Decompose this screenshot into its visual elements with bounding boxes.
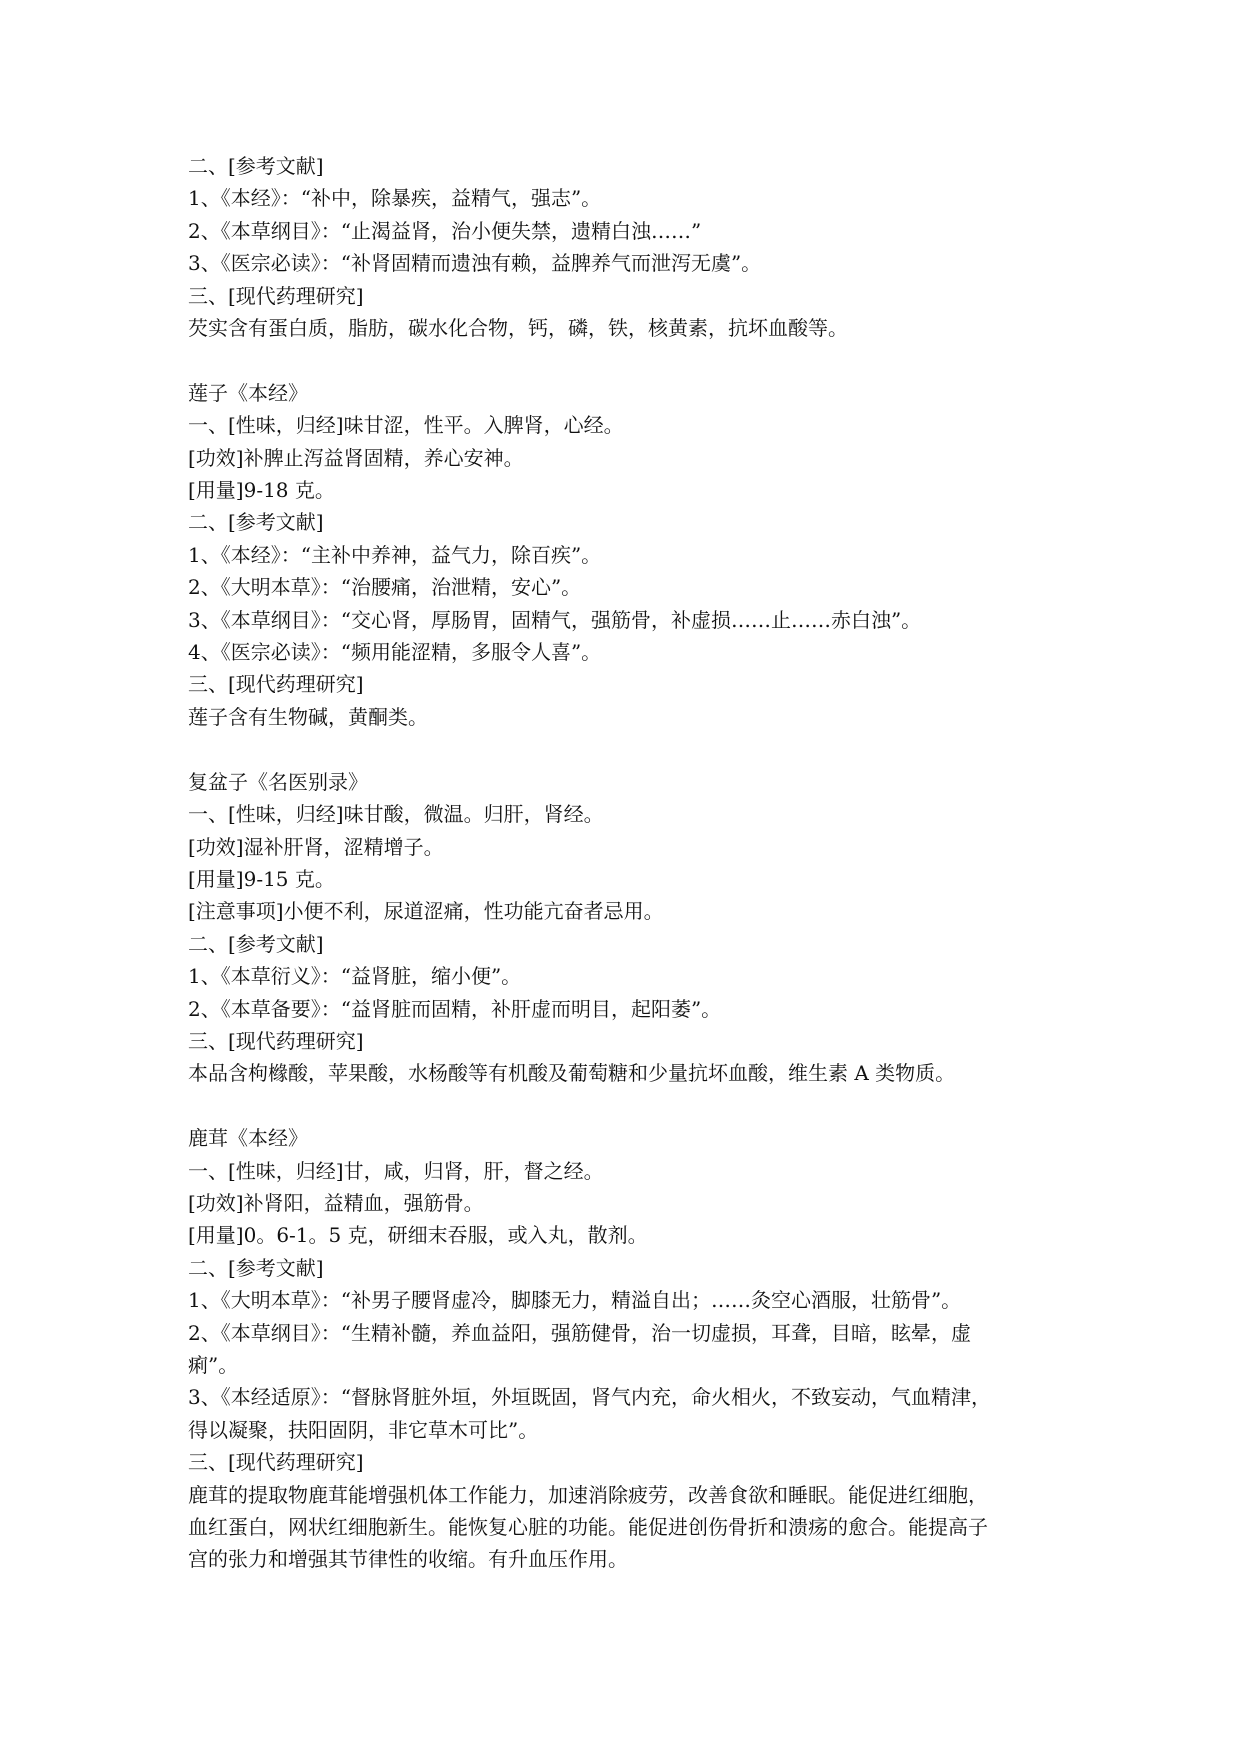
spacer <box>188 1090 1068 1122</box>
heading-modern-research: 三、[现代药理研究] <box>188 1446 1068 1478</box>
efficacy-line: [功效]补脾止泻益肾固精，养心安神。 <box>188 442 1068 474</box>
heading-modern-research: 三、[现代药理研究] <box>188 280 1068 312</box>
reference-item: 2、《本草纲目》：“生精补髓，养血益阳，强筋健骨，治一切虚损，耳聋，目暗，眩晕，… <box>188 1317 1068 1349</box>
section-fupenzi: 复盆子《名医别录》 一、[性味，归经]味甘酸，微温。归肝，肾经。 [功效]湿补肝… <box>188 766 1068 1090</box>
herb-title: 复盆子《名医别录》 <box>188 766 1068 798</box>
spacer <box>188 344 1068 376</box>
heading-modern-research: 三、[现代药理研究] <box>188 668 1068 700</box>
herb-title: 莲子《本经》 <box>188 377 1068 409</box>
dosage-line: [用量]0。6-1。5 克，研细末吞服，或入丸，散剂。 <box>188 1219 1068 1251</box>
dosage-line: [用量]9-18 克。 <box>188 474 1068 506</box>
reference-item: 2、《本草纲目》：“止渴益肾，治小便失禁，遗精白浊……” <box>188 215 1068 247</box>
reference-item: 4、《医宗必读》：“频用能涩精，多服令人喜”。 <box>188 636 1068 668</box>
heading-references: 二、[参考文献] <box>188 1252 1068 1284</box>
heading-modern-research: 三、[现代药理研究] <box>188 1025 1068 1057</box>
efficacy-line: [功效]湿补肝肾，涩精增子。 <box>188 831 1068 863</box>
section-lianzi: 莲子《本经》 一、[性味，归经]味甘涩，性平。入脾肾，心经。 [功效]补脾止泻益… <box>188 377 1068 733</box>
reference-item: 1、《本经》：“补中，除暴疾，益精气，强志”。 <box>188 182 1068 214</box>
herb-title: 鹿茸《本经》 <box>188 1122 1068 1154</box>
heading-references: 二、[参考文献] <box>188 506 1068 538</box>
reference-item: 2、《大明本草》：“治腰痛，治泄精，安心”。 <box>188 571 1068 603</box>
reference-item: 3、《本草纲目》：“交心肾，厚肠胃，固精气，强筋骨，补虚损……止……赤白浊”。 <box>188 604 1068 636</box>
research-text: 本品含枸橼酸，苹果酸，水杨酸等有机酸及葡萄糖和少量抗坏血酸，维生素 A 类物质。 <box>188 1057 1068 1089</box>
property-line: 一、[性味，归经]味甘涩，性平。入脾肾，心经。 <box>188 409 1068 441</box>
reference-item: 1、《本草衍义》：“益肾脏，缩小便”。 <box>188 960 1068 992</box>
section-lurong: 鹿茸《本经》 一、[性味，归经]甘，咸，归肾，肝，督之经。 [功效]补肾阳，益精… <box>188 1122 1068 1576</box>
research-text: 鹿茸的提取物鹿茸能增强机体工作能力，加速消除疲劳，改善食欲和睡眠。能促进红细胞， <box>188 1479 1068 1511</box>
heading-references: 二、[参考文献] <box>188 928 1068 960</box>
section-qianshi-continued: 二、[参考文献] 1、《本经》：“补中，除暴疾，益精气，强志”。 2、《本草纲目… <box>188 150 1068 344</box>
efficacy-line: [功效]补肾阳，益精血，强筋骨。 <box>188 1187 1068 1219</box>
dosage-line: [用量]9-15 克。 <box>188 863 1068 895</box>
reference-item-continued: 得以凝聚，扶阳固阴，非它草木可比”。 <box>188 1414 1068 1446</box>
research-text: 血红蛋白，网状红细胞新生。能恢复心脏的功能。能促进创伤骨折和溃疡的愈合。能提高子 <box>188 1511 1068 1543</box>
research-text: 宫的张力和增强其节律性的收缩。有升血压作用。 <box>188 1543 1068 1575</box>
reference-item: 1、《大明本草》：“补男子腰肾虚冷，脚膝无力，精溢自出；……灸空心酒服，壮筋骨”… <box>188 1284 1068 1316</box>
reference-item: 1、《本经》：“主补中养神，益气力，除百疾”。 <box>188 539 1068 571</box>
heading-references: 二、[参考文献] <box>188 150 1068 182</box>
research-text: 芡实含有蛋白质，脂肪，碳水化合物，钙，磷，铁，核黄素，抗坏血酸等。 <box>188 312 1068 344</box>
reference-item: 3、《本经适原》：“督脉肾脏外垣，外垣既固，肾气内充，命火相火，不致妄动，气血精… <box>188 1381 1068 1413</box>
property-line: 一、[性味，归经]甘，咸，归肾，肝，督之经。 <box>188 1155 1068 1187</box>
research-text: 莲子含有生物碱，黄酮类。 <box>188 701 1068 733</box>
property-line: 一、[性味，归经]味甘酸，微温。归肝，肾经。 <box>188 798 1068 830</box>
document-page: 二、[参考文献] 1、《本经》：“补中，除暴疾，益精气，强志”。 2、《本草纲目… <box>188 150 1068 1576</box>
reference-item: 3、《医宗必读》：“补肾固精而遗浊有赖，益脾养气而泄泻无虞”。 <box>188 247 1068 279</box>
reference-item: 2、《本草备要》：“益肾脏而固精，补肝虚而明目，起阳萎”。 <box>188 993 1068 1025</box>
reference-item-continued: 痢”。 <box>188 1349 1068 1381</box>
spacer <box>188 733 1068 765</box>
caution-line: [注意事项]小便不利，尿道涩痛，性功能亢奋者忌用。 <box>188 895 1068 927</box>
